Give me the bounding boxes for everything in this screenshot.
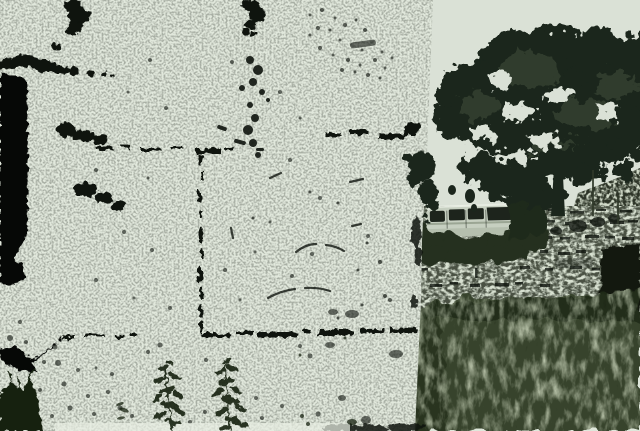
photo	[0, 0, 640, 431]
main-wall	[0, 0, 433, 431]
photo-canvas	[0, 0, 640, 431]
ground-strip	[55, 423, 350, 431]
grass-field	[412, 288, 640, 431]
